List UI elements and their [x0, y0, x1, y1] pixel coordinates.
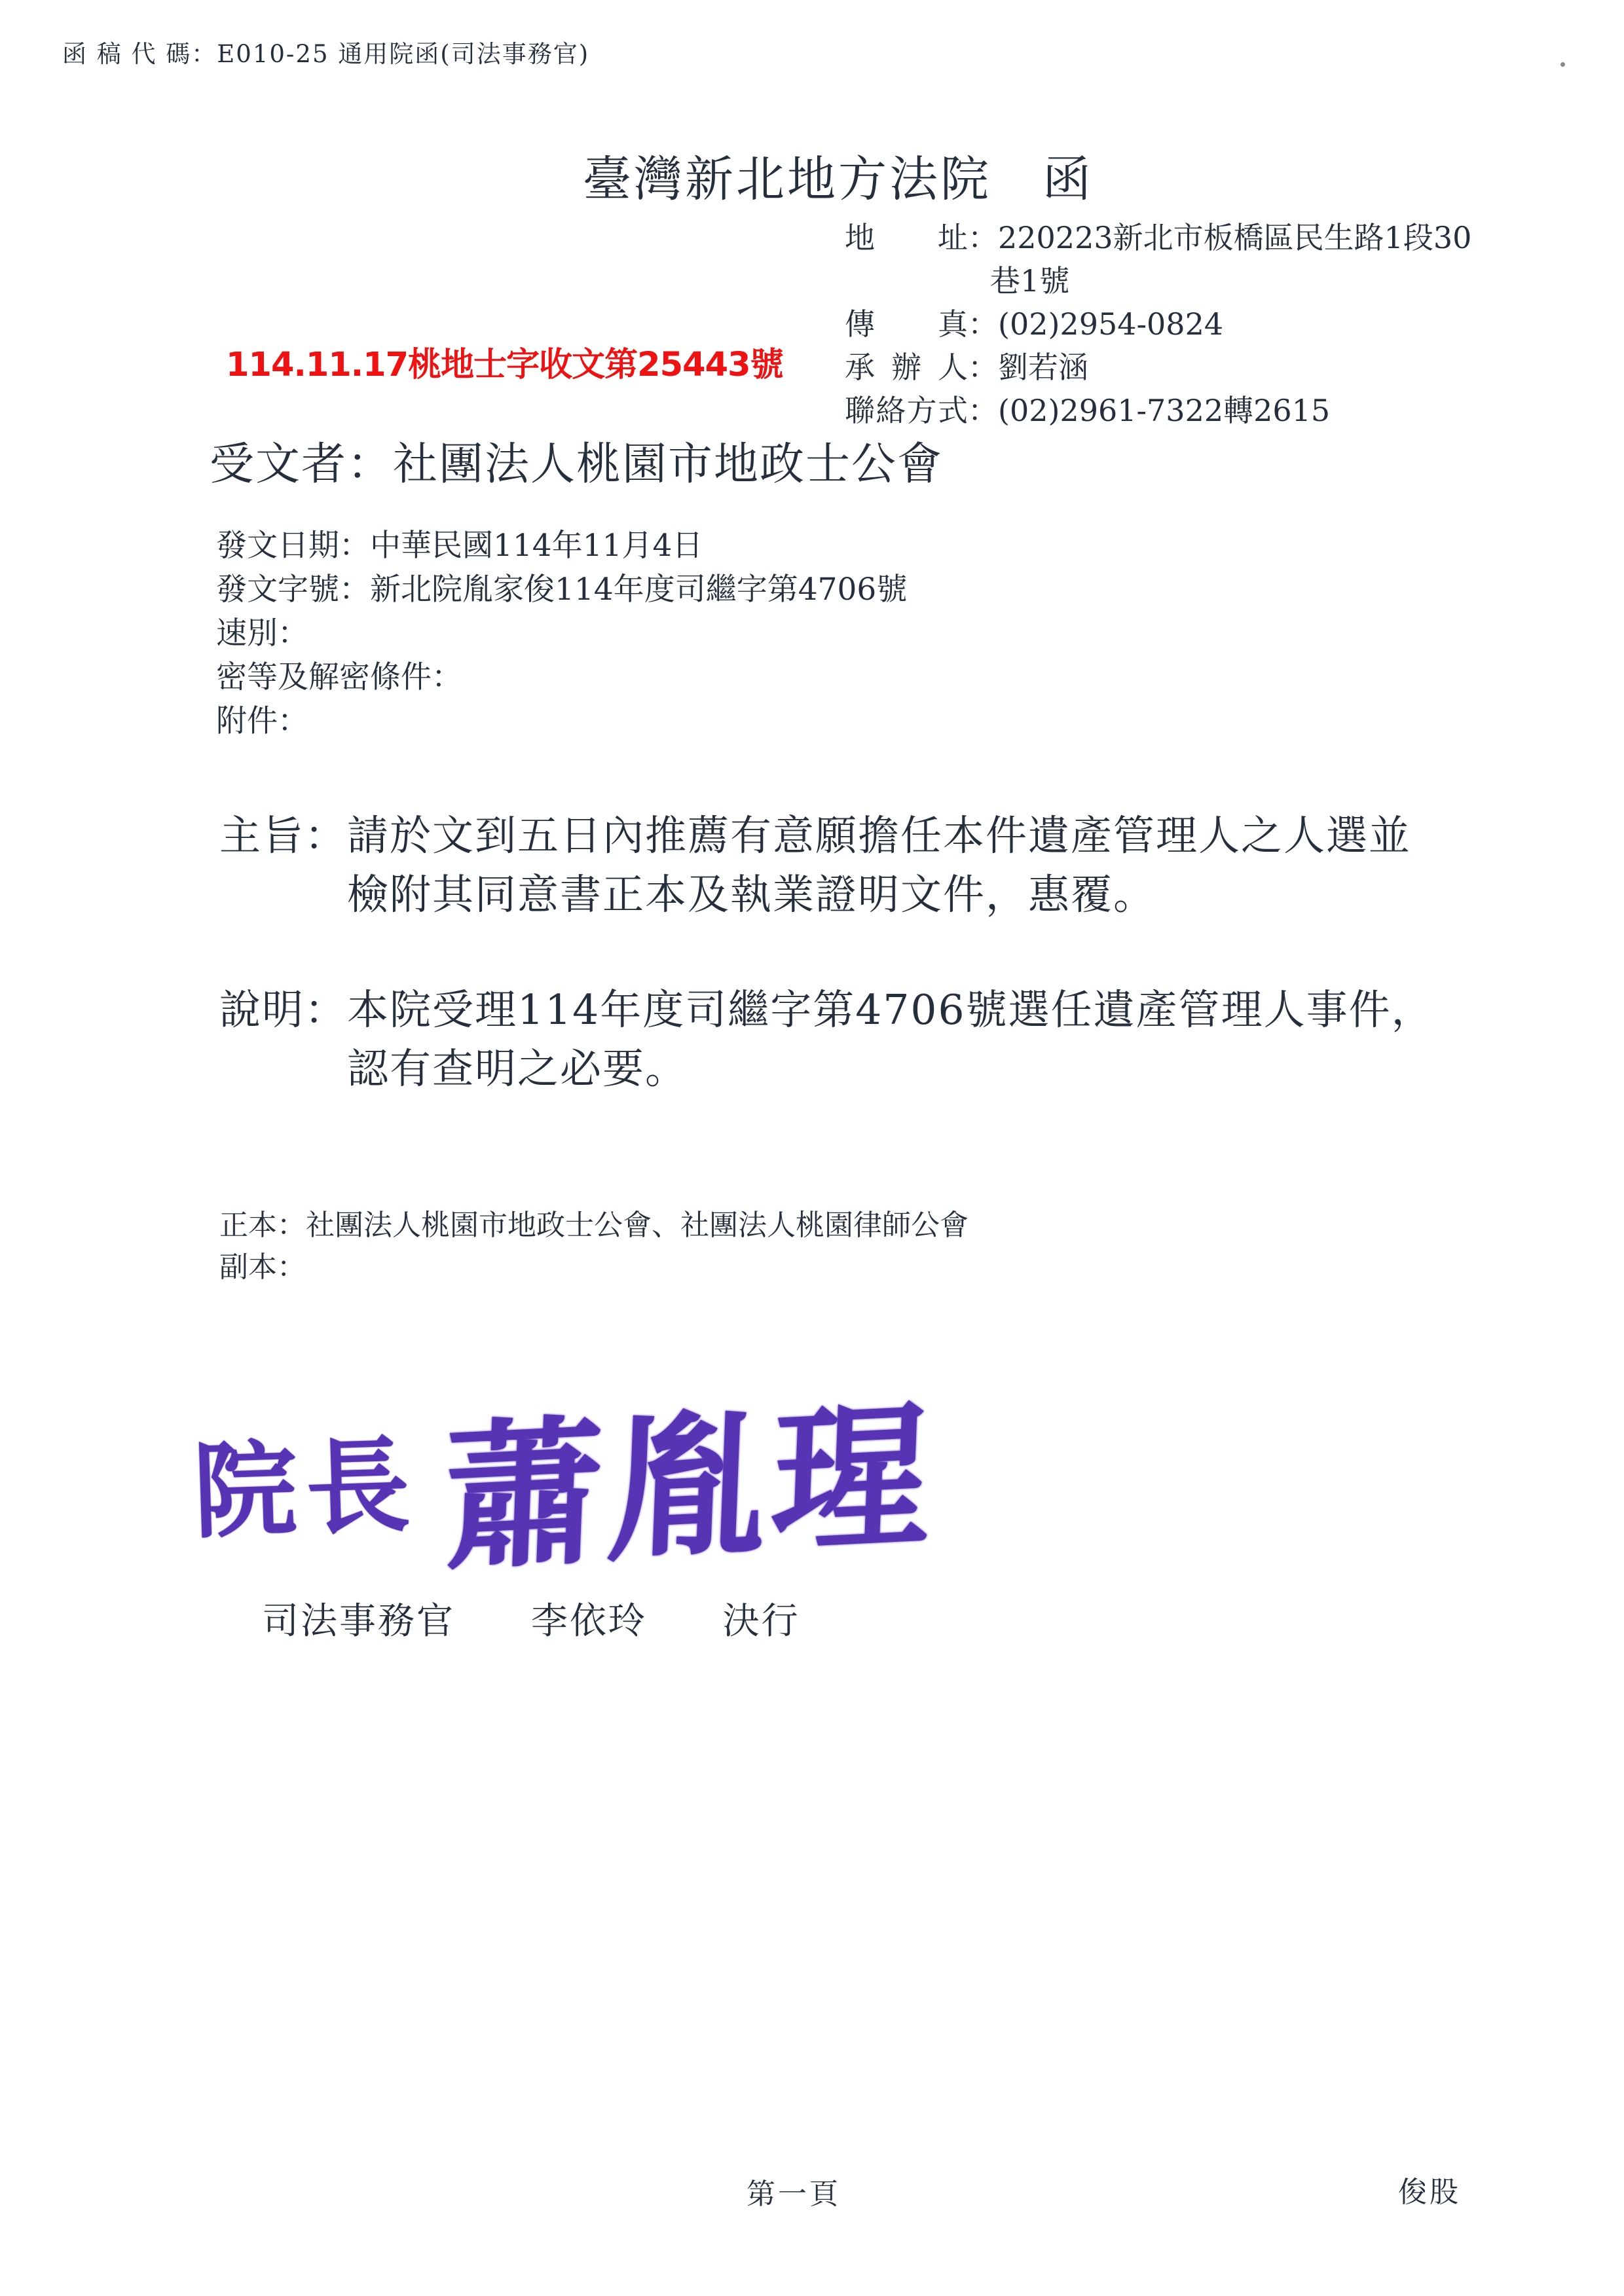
- speed-line: 速別：: [216, 611, 907, 655]
- address-value-line1: 220223新北市板橋區民生路1段30: [998, 216, 1471, 259]
- received-date-stamp: 114.11.17桃地士字收文第25443號: [226, 337, 783, 386]
- contact-person-label: 承辦人: [845, 346, 968, 389]
- attachment-line: 附件：: [216, 699, 907, 743]
- cc-copy-line: 副本：: [219, 1247, 969, 1288]
- fax-value: (02)2954-0824: [998, 302, 1223, 346]
- copies-block: 正本：社團法人桃園市地政士公會、社團法人桃園律師公會 副本：: [219, 1205, 969, 1288]
- explanation-section: 說明： 本院受理114年度司繼字第4706號選任遺產管理人事件， 認有查明之必要…: [219, 981, 1434, 1099]
- phone-colon: ：: [968, 389, 998, 432]
- explanation-content: 本院受理114年度司繼字第4706號選任遺產管理人事件， 認有查明之必要。: [347, 981, 1434, 1099]
- scan-speck: [1560, 62, 1565, 67]
- phone-row: 聯絡方式：(02)2961-7322轉2615: [845, 389, 1471, 432]
- executor-line: 司法事務官 李依玲 決行: [262, 1592, 800, 1645]
- explanation-colon: ：: [304, 981, 347, 1099]
- executor-title: 司法事務官: [262, 1592, 455, 1645]
- phone-label: 聯絡方式: [845, 389, 968, 432]
- fax-row: 傳真：(02)2954-0824: [845, 302, 1471, 346]
- executor-name: 李依玲: [531, 1592, 647, 1645]
- subject-content: 請於文到五日內推薦有意願擔任本件遺產管理人之人選並 檢附其同意書正本及執業證明文…: [347, 807, 1411, 924]
- subject-line-2: 檢附其同意書正本及執業證明文件，惠覆。: [347, 866, 1411, 924]
- contact-person-value: 劉若涵: [998, 346, 1088, 389]
- subject-colon: ：: [304, 807, 347, 924]
- explanation-line-1: 本院受理114年度司繼字第4706號選任遺產管理人事件，: [347, 981, 1434, 1040]
- page-number: 第一頁: [747, 2170, 841, 2212]
- subject-section: 主旨： 請於文到五日內推薦有意願擔任本件遺產管理人之人選並 檢附其同意書正本及執…: [219, 807, 1411, 924]
- contact-person-row: 承辦人：劉若涵: [845, 346, 1471, 389]
- address-value-line2: 巷1號: [990, 259, 1069, 302]
- address-label: 地址: [845, 216, 968, 259]
- form-code-header: 函 稿 代 碼：E010-25 通用院函(司法事務官): [62, 34, 589, 69]
- phone-value: (02)2961-7322轉2615: [998, 389, 1330, 432]
- executor-action: 決行: [723, 1592, 800, 1645]
- president-signature-name: 蕭胤瑆: [440, 1349, 941, 1601]
- reference-number-line: 發文字號：新北院胤家俊114年度司繼字第4706號: [216, 568, 907, 611]
- issue-date-line: 發文日期：中華民國114年11月4日: [216, 524, 907, 568]
- address-row: 地址：220223新北市板橋區民生路1段30: [845, 216, 1471, 259]
- subject-label: 主旨: [219, 807, 304, 924]
- original-copy-line: 正本：社團法人桃園市地政士公會、社團法人桃園律師公會: [219, 1205, 969, 1247]
- page-title: 臺灣新北地方法院 函: [583, 141, 1094, 210]
- contact-colon: ：: [968, 346, 998, 389]
- address-row-wrap: 巷1號: [845, 259, 1471, 302]
- recipient-line: 受文者：社團法人桃園市地政士公會: [210, 429, 943, 492]
- subject-line-1: 請於文到五日內推薦有意願擔任本件遺產管理人之人選並: [347, 807, 1411, 866]
- explanation-label: 說明: [219, 981, 304, 1099]
- fax-label: 傳真: [845, 302, 968, 346]
- president-signature-stamp: 院長 蕭胤瑆: [192, 1370, 980, 1584]
- court-section-label: 俊股: [1398, 2168, 1461, 2210]
- security-line: 密等及解密條件：: [216, 655, 907, 699]
- fax-colon: ：: [968, 302, 998, 346]
- sender-info-block: 地址：220223新北市板橋區民生路1段30 巷1號 傳真：(02)2954-0…: [845, 216, 1471, 432]
- meta-block: 發文日期：中華民國114年11月4日 發文字號：新北院胤家俊114年度司繼字第4…: [216, 524, 907, 743]
- explanation-line-2: 認有查明之必要。: [347, 1040, 1434, 1099]
- court-letter-document: 函 稿 代 碼：E010-25 通用院函(司法事務官) 臺灣新北地方法院 函 地…: [0, 0, 1624, 2296]
- president-title: 院長: [191, 1402, 421, 1558]
- address-colon: ：: [968, 216, 998, 259]
